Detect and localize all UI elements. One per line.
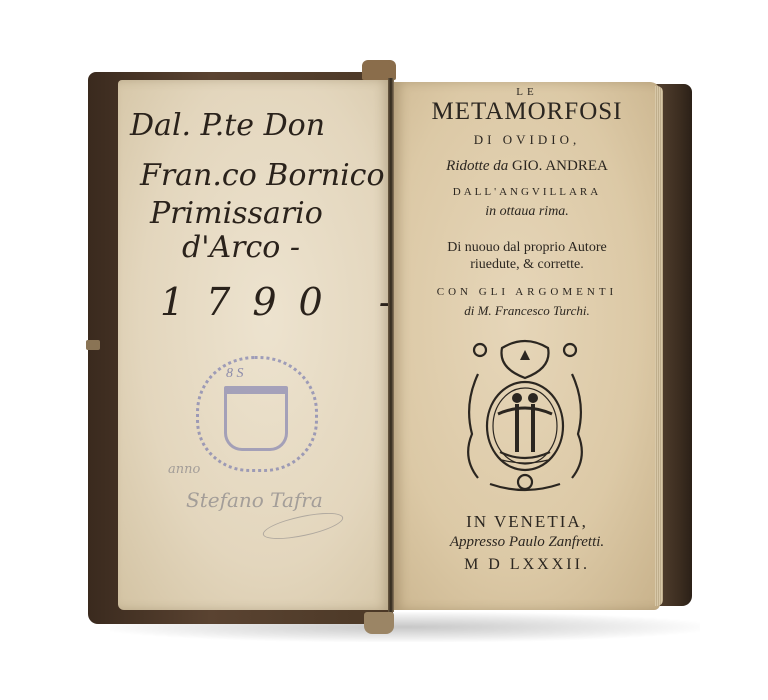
pencil-note: anno: [168, 462, 200, 477]
title-author: DI OVIDIO,: [394, 132, 660, 148]
revision-line-1: Di nuouo dal proprio Autore: [394, 239, 660, 256]
title-ridotte: Ridotte da GIO. ANDREA: [394, 158, 660, 175]
argomenti-author: di M. Francesco Turchi.: [394, 303, 660, 319]
imprint-publisher: Appresso Paulo Zanfretti.: [394, 534, 660, 551]
pencil-signature: Stefano Tafra: [186, 488, 323, 512]
translator-name: GIO. ANDREA: [512, 158, 608, 174]
imprint-date: M D LXXXII.: [394, 556, 660, 574]
translator-surname: DALL'ANGVILLARA: [394, 186, 660, 198]
title-main: METAMORFOSI: [394, 98, 660, 126]
verse-form: in ottaua rima.: [394, 204, 660, 220]
imprint-city: IN VENETIA,: [394, 512, 660, 532]
title-le: LE: [394, 86, 660, 98]
inscription-year: 1790 -: [160, 280, 414, 324]
stamp-text: 8 S: [226, 366, 244, 382]
spine-tailcap: [364, 612, 394, 634]
spine-headcap: [362, 60, 396, 80]
inscription-line-1: Dal. P.te Don: [130, 108, 325, 143]
inscription-line-2: Fran.co Bornico: [140, 158, 385, 193]
ridotte-prefix: Ridotte da: [446, 158, 512, 174]
revision-line-2: riuedute, & corrette.: [394, 256, 660, 273]
argomenti-line: CON GLI ARGOMENTI: [394, 286, 660, 298]
stamp-shield-icon: [224, 386, 288, 451]
inscription-line-3: Primissario: [150, 196, 323, 231]
printers-device-icon: [460, 334, 590, 496]
inscription-line-4: d'Arco -: [182, 230, 300, 265]
revision-note: Di nuouo dal proprio Autore riuedute, & …: [394, 239, 660, 273]
clasp-remnant: [86, 340, 100, 350]
